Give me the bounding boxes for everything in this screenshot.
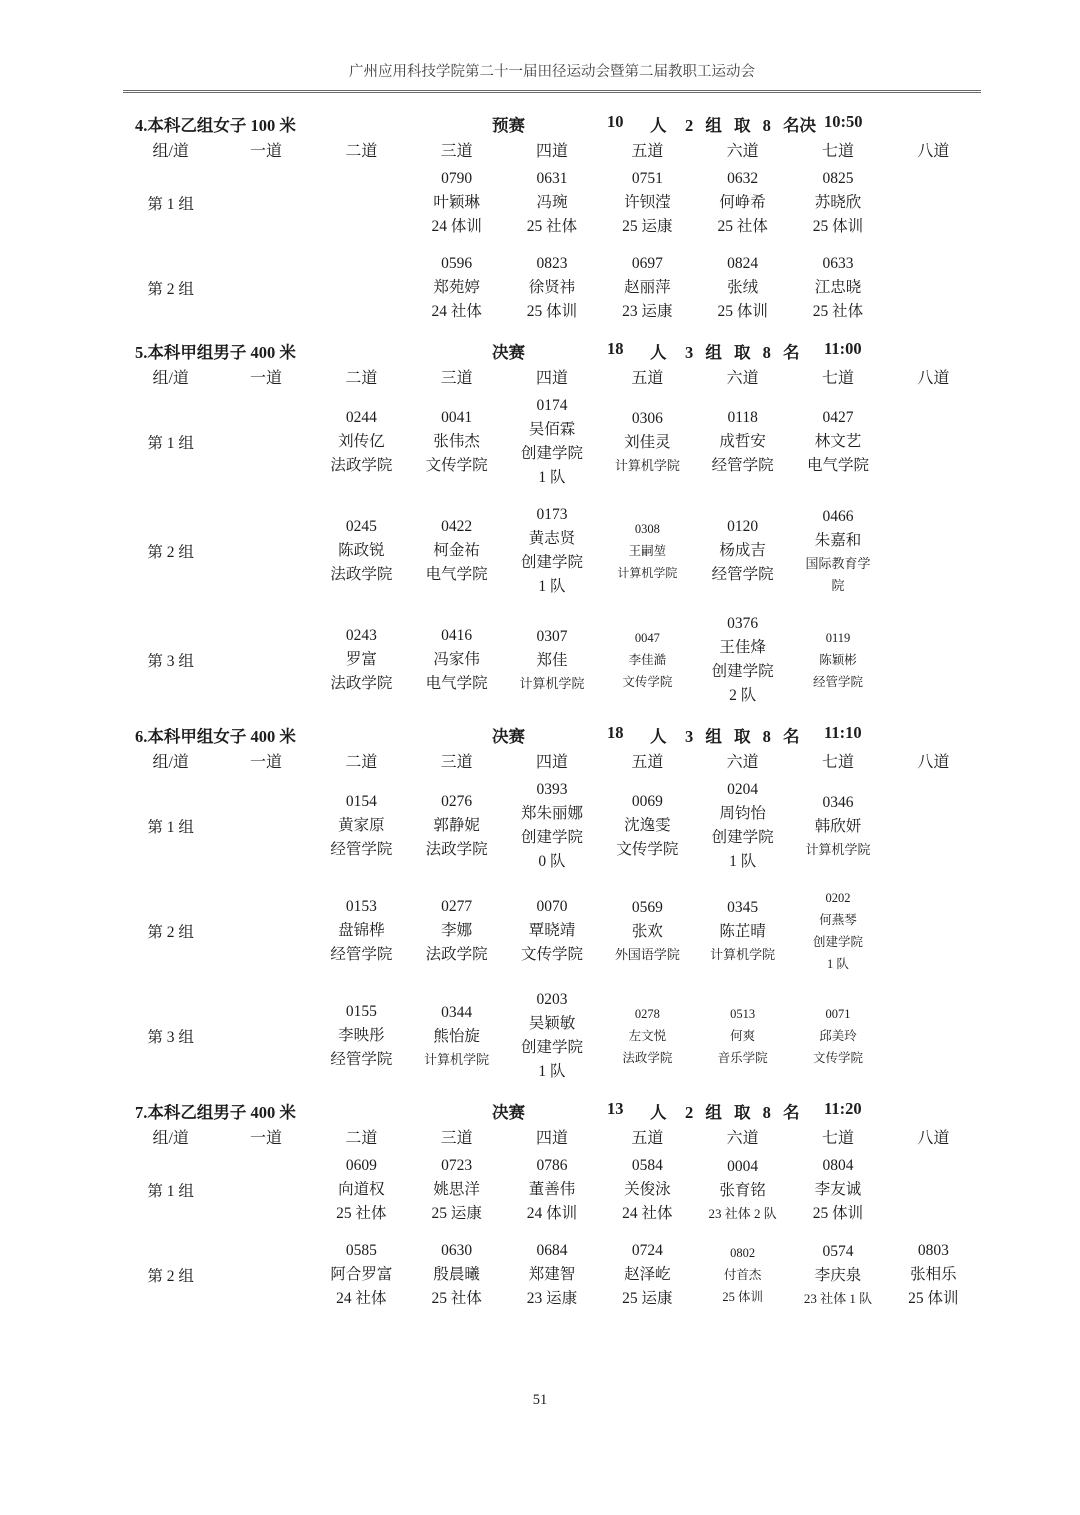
bib-number: 0277 bbox=[441, 895, 472, 919]
lane-cell: 0118成哲安经管学院 bbox=[695, 406, 790, 478]
athlete-name: 陈政锐 bbox=[338, 539, 385, 563]
lane-header: 一道 bbox=[218, 366, 313, 392]
bib-number: 0243 bbox=[346, 624, 377, 648]
event-title: 7.本科乙组男子 400 米 bbox=[135, 1099, 296, 1123]
team-name: 经管学院 bbox=[330, 943, 392, 967]
team-name: 24 社体 bbox=[431, 300, 481, 324]
athlete-name: 董善伟 bbox=[529, 1178, 576, 1202]
athlete-name: 许钡滢 bbox=[624, 191, 671, 215]
lane-header: 四道 bbox=[504, 366, 599, 392]
team-name: 24 体训 bbox=[527, 1202, 577, 1226]
lane-header: 八道 bbox=[886, 366, 981, 392]
lane-header: 四道 bbox=[504, 1126, 599, 1152]
lane-header-row: 组/道一道二道三道四道五道六道七道八道 bbox=[123, 1126, 981, 1152]
team-name: 创建学院 1 队 bbox=[521, 551, 583, 599]
lane-header: 七道 bbox=[790, 1126, 885, 1152]
bib-number: 0376 bbox=[727, 612, 758, 636]
event-entrant-unit: 人 bbox=[650, 1099, 667, 1123]
lane-cell: 0585阿合罗富24 社体 bbox=[314, 1239, 409, 1311]
team-name: 25 运康 bbox=[431, 1202, 481, 1226]
bib-number: 0071 bbox=[825, 1003, 850, 1025]
group-label: 第 1 组 bbox=[123, 431, 218, 453]
team-name: 25 运康 bbox=[622, 215, 672, 239]
athlete-name: 刘佳灵 bbox=[624, 431, 671, 455]
group-label: 第 2 组 bbox=[123, 540, 218, 562]
team-name: 24 社体 bbox=[336, 1287, 386, 1311]
athlete-name: 张相乐 bbox=[910, 1263, 957, 1287]
lane-cell: 0202何燕琴创建学院 1 队 bbox=[790, 887, 885, 975]
athlete-name: 郑苑婷 bbox=[433, 276, 480, 300]
bib-number: 0724 bbox=[632, 1239, 663, 1263]
athlete-name: 张伟杰 bbox=[433, 430, 480, 454]
event-round: 决赛 bbox=[492, 1099, 525, 1123]
athlete-name: 向道权 bbox=[338, 1178, 385, 1202]
team-name: 计算机学院 bbox=[710, 944, 775, 966]
athlete-name: 姚思洋 bbox=[433, 1178, 480, 1202]
lane-header: 六道 bbox=[695, 139, 790, 165]
team-name: 25 体训 bbox=[722, 1286, 763, 1308]
athlete-name: 郭静妮 bbox=[433, 814, 480, 838]
bib-number: 0345 bbox=[727, 896, 758, 920]
athlete-name: 关俊泳 bbox=[624, 1178, 671, 1202]
team-name: 电气学院 bbox=[426, 563, 488, 587]
lane-cell: 0803张相乐25 体训 bbox=[886, 1239, 981, 1311]
athlete-name: 林文艺 bbox=[815, 430, 862, 454]
lane-cell: 0825苏晓欣25 体训 bbox=[790, 167, 885, 239]
lane-cell: 0004张育铭23 社体 2 队 bbox=[695, 1155, 790, 1225]
group-row: 第 1 组0609向道权25 社体0723姚思洋25 运康0786董善伟24 体… bbox=[123, 1154, 981, 1226]
athlete-name: 黄家原 bbox=[338, 814, 385, 838]
bib-number: 0118 bbox=[727, 406, 757, 430]
athlete-name: 柯金祐 bbox=[433, 539, 480, 563]
team-name: 23 社体 1 队 bbox=[804, 1288, 872, 1310]
team-name: 法政学院 bbox=[426, 838, 488, 862]
bib-number: 0574 bbox=[822, 1240, 853, 1264]
bib-number: 0245 bbox=[346, 515, 377, 539]
lane-cell: 0276郭静妮法政学院 bbox=[409, 790, 504, 862]
bib-number: 0393 bbox=[536, 778, 567, 802]
athlete-name: 郑佳 bbox=[536, 649, 567, 673]
lane-header: 五道 bbox=[600, 1126, 695, 1152]
lane-header: 三道 bbox=[409, 750, 504, 776]
lane-cell: 0203吴颖敏创建学院 1 队 bbox=[504, 988, 599, 1084]
bib-number: 0513 bbox=[730, 1003, 755, 1025]
athlete-name: 刘传亿 bbox=[338, 430, 385, 454]
team-name: 经管学院 bbox=[712, 454, 774, 478]
team-name: 23 社体 2 队 bbox=[709, 1203, 777, 1225]
lane-header: 一道 bbox=[218, 1126, 313, 1152]
team-name: 文传学院 bbox=[616, 838, 678, 862]
lane-cell: 0723姚思洋25 运康 bbox=[409, 1154, 504, 1226]
team-name: 计算机学院 bbox=[617, 562, 677, 584]
athlete-name: 冯琬 bbox=[536, 191, 567, 215]
lane-cell: 0376王佳烽创建学院 2 队 bbox=[695, 612, 790, 708]
event-title: 6.本科甲组女子 400 米 bbox=[135, 723, 296, 747]
bib-number: 0416 bbox=[441, 624, 472, 648]
team-name: 文传学院 bbox=[622, 671, 672, 693]
lane-cell: 0346韩欣妍计算机学院 bbox=[790, 791, 885, 861]
group-label: 第 2 组 bbox=[123, 920, 218, 942]
lane-header: 四道 bbox=[504, 750, 599, 776]
athlete-name: 赵泽屹 bbox=[624, 1263, 671, 1287]
athlete-name: 覃晓靖 bbox=[529, 919, 576, 943]
bib-number: 0120 bbox=[727, 515, 758, 539]
athlete-name: 黄志贤 bbox=[529, 527, 576, 551]
bib-number: 0276 bbox=[441, 790, 472, 814]
lane-cell: 0786董善伟24 体训 bbox=[504, 1154, 599, 1226]
bib-number: 0427 bbox=[822, 406, 853, 430]
group-row: 第 1 组0790叶颖琳24 体训0631冯琬25 社体0751许钡滢25 运康… bbox=[123, 167, 981, 239]
team-name: 国际教育学 院 bbox=[805, 553, 870, 597]
athlete-name: 江忠晓 bbox=[815, 276, 862, 300]
group-label: 第 3 组 bbox=[123, 1025, 218, 1047]
bib-number: 0803 bbox=[918, 1239, 949, 1263]
team-name: 25 社体 bbox=[813, 300, 863, 324]
lane-header: 三道 bbox=[409, 139, 504, 165]
lane-cell: 0154黄家原经管学院 bbox=[314, 790, 409, 862]
lane-header-row: 组/道一道二道三道四道五道六道七道八道 bbox=[123, 366, 981, 392]
group-label: 第 1 组 bbox=[123, 1179, 218, 1201]
team-name: 25 社体 bbox=[336, 1202, 386, 1226]
lane-header: 二道 bbox=[314, 1126, 409, 1152]
athlete-name: 沈逸雯 bbox=[624, 814, 671, 838]
event-entrant-count: 13 bbox=[607, 1099, 624, 1119]
athlete-name: 殷晨曦 bbox=[433, 1263, 480, 1287]
bib-number: 0344 bbox=[441, 1001, 472, 1025]
lane-cell: 0513何爽音乐学院 bbox=[695, 1003, 790, 1069]
bib-number: 0202 bbox=[825, 887, 850, 909]
bib-number: 0632 bbox=[727, 167, 758, 191]
bib-number: 0244 bbox=[346, 406, 377, 430]
lane-cell: 0596郑苑婷24 社体 bbox=[409, 252, 504, 324]
lane-cell: 0633江忠晓25 社体 bbox=[790, 252, 885, 324]
bib-number: 0631 bbox=[536, 167, 567, 191]
athlete-name: 苏晓欣 bbox=[815, 191, 862, 215]
athlete-name: 何爽 bbox=[730, 1025, 755, 1047]
bib-number: 0154 bbox=[346, 790, 377, 814]
team-name: 经管学院 bbox=[712, 563, 774, 587]
athlete-name: 冯家伟 bbox=[433, 648, 480, 672]
team-name: 24 体训 bbox=[431, 215, 481, 239]
athlete-name: 郑建智 bbox=[529, 1263, 576, 1287]
lane-header: 七道 bbox=[790, 366, 885, 392]
lane-cell: 0724赵泽屹25 运康 bbox=[600, 1239, 695, 1311]
event-entrant-count: 18 bbox=[607, 339, 624, 359]
event-header-row: 5.本科甲组男子 400 米决赛18人3 组 取 8 名11:00 bbox=[123, 339, 981, 366]
lane-cell: 0630殷晨曦25 社体 bbox=[409, 1239, 504, 1311]
lane-header: 七道 bbox=[790, 139, 885, 165]
lane-cell: 0308王嗣堃计算机学院 bbox=[600, 518, 695, 584]
lane-cell: 0047李佳澔文传学院 bbox=[600, 627, 695, 693]
team-name: 外国语学院 bbox=[615, 944, 680, 966]
bib-number: 0630 bbox=[441, 1239, 472, 1263]
lane-header: 八道 bbox=[886, 1126, 981, 1152]
group-row: 第 3 组0243罗富法政学院0416冯家伟电气学院0307郑佳计算机学院004… bbox=[123, 612, 981, 708]
team-name: 计算机学院 bbox=[519, 673, 584, 695]
athlete-name: 郑朱丽娜 bbox=[521, 802, 583, 826]
document-header-title: 广州应用科技学院第二十一届田径运动会暨第二届教职工运动会 bbox=[123, 60, 981, 93]
bib-number: 0047 bbox=[635, 627, 660, 649]
lane-cell: 0790叶颖琳24 体训 bbox=[409, 167, 504, 239]
team-name: 经管学院 bbox=[813, 671, 863, 693]
athlete-name: 罗富 bbox=[346, 648, 377, 672]
group-row: 第 2 组0596郑苑婷24 社体0823徐贤祎25 体训0697赵丽萍23 运… bbox=[123, 252, 981, 324]
athlete-name: 成哲安 bbox=[719, 430, 766, 454]
team-name: 25 体训 bbox=[908, 1287, 958, 1311]
team-name: 经管学院 bbox=[330, 1048, 392, 1072]
lane-cell: 0153盘锦桦经管学院 bbox=[314, 895, 409, 967]
athlete-name: 何峥希 bbox=[719, 191, 766, 215]
lane-cell: 0069沈逸雯文传学院 bbox=[600, 790, 695, 862]
lane-cell: 0804李友诚25 体训 bbox=[790, 1154, 885, 1226]
athlete-name: 吴颖敏 bbox=[529, 1012, 576, 1036]
lane-cell: 0277李娜法政学院 bbox=[409, 895, 504, 967]
event-start-time: 11:00 bbox=[824, 339, 862, 359]
lane-cell: 0204周钧怡创建学院 1 队 bbox=[695, 778, 790, 874]
lane-cell: 0174吴佰霖创建学院 1 队 bbox=[504, 394, 599, 490]
event-advance-rule: 3 组 取 8 名 bbox=[685, 339, 800, 363]
lane-cell: 0632何峥希25 社体 bbox=[695, 167, 790, 239]
bib-number: 0804 bbox=[822, 1154, 853, 1178]
bib-number: 0155 bbox=[346, 1000, 377, 1024]
event-start-time: 11:20 bbox=[824, 1099, 862, 1119]
athlete-name: 李映彤 bbox=[338, 1024, 385, 1048]
event-start-time: 10:50 bbox=[824, 112, 863, 132]
lane-cell: 0071邱美玲文传学院 bbox=[790, 1003, 885, 1069]
lane-cell: 0041张伟杰文传学院 bbox=[409, 406, 504, 478]
event-sections: 4.本科乙组女子 100 米预赛10人2 组 取 8 名决10:50组/道一道二… bbox=[123, 112, 981, 1326]
bib-number: 0004 bbox=[727, 1155, 758, 1179]
lane-header: 三道 bbox=[409, 1126, 504, 1152]
event-entrant-count: 18 bbox=[607, 723, 624, 743]
athlete-name: 张欢 bbox=[632, 920, 663, 944]
lane-cell: 0245陈政锐法政学院 bbox=[314, 515, 409, 587]
event-title: 4.本科乙组女子 100 米 bbox=[135, 112, 296, 136]
lane-header: 八道 bbox=[886, 139, 981, 165]
lane-cell: 0684郑建智23 运康 bbox=[504, 1239, 599, 1311]
group-row: 第 1 组0244刘传亿法政学院0041张伟杰文传学院0174吴佰霖创建学院 1… bbox=[123, 394, 981, 490]
athlete-name: 朱嘉和 bbox=[815, 529, 862, 553]
event-entrant-unit: 人 bbox=[650, 339, 667, 363]
athlete-name: 李娜 bbox=[441, 919, 472, 943]
bib-number: 0306 bbox=[632, 407, 663, 431]
team-name: 计算机学院 bbox=[424, 1049, 489, 1071]
team-name: 25 社体 bbox=[527, 215, 577, 239]
athlete-name: 王嗣堃 bbox=[629, 540, 667, 562]
lane-cell: 0466朱嘉和国际教育学 院 bbox=[790, 505, 885, 597]
team-name: 音乐学院 bbox=[718, 1047, 768, 1069]
lane-cell: 0243罗富法政学院 bbox=[314, 624, 409, 696]
athlete-name: 周钧怡 bbox=[719, 802, 766, 826]
bib-number: 0307 bbox=[536, 625, 567, 649]
athlete-name: 左文悦 bbox=[629, 1025, 667, 1047]
team-name: 经管学院 bbox=[330, 838, 392, 862]
athlete-name: 何燕琴 bbox=[819, 909, 857, 931]
event-start-time: 11:10 bbox=[824, 723, 862, 743]
team-name: 法政学院 bbox=[622, 1047, 672, 1069]
event-advance-rule: 3 组 取 8 名 bbox=[685, 723, 800, 747]
bib-number: 0466 bbox=[822, 505, 853, 529]
lane-header: 六道 bbox=[695, 1126, 790, 1152]
lane-header: 二道 bbox=[314, 139, 409, 165]
bib-number: 0825 bbox=[822, 167, 853, 191]
lane-cell: 0306刘佳灵计算机学院 bbox=[600, 407, 695, 477]
team-name: 23 运康 bbox=[527, 1287, 577, 1311]
lane-cell: 0345陈芷晴计算机学院 bbox=[695, 896, 790, 966]
event-header-row: 7.本科乙组男子 400 米决赛13人2 组 取 8 名11:20 bbox=[123, 1099, 981, 1126]
athlete-name: 付首杰 bbox=[724, 1264, 762, 1286]
group-row: 第 2 组0245陈政锐法政学院0422柯金祐电气学院0173黄志贤创建学院 1… bbox=[123, 503, 981, 599]
event-section: 5.本科甲组男子 400 米决赛18人3 组 取 8 名11:00组/道一道二道… bbox=[123, 339, 981, 708]
lane-header: 二道 bbox=[314, 366, 409, 392]
team-name: 法政学院 bbox=[330, 672, 392, 696]
team-name: 25 运康 bbox=[622, 1287, 672, 1311]
lane-cell: 0155李映彤经管学院 bbox=[314, 1000, 409, 1072]
lane-header: 二道 bbox=[314, 750, 409, 776]
lane-header: 组/道 bbox=[123, 1126, 218, 1152]
group-label: 第 1 组 bbox=[123, 192, 218, 214]
group-row: 第 3 组0155李映彤经管学院0344熊怡旋计算机学院0203吴颖敏创建学院 … bbox=[123, 988, 981, 1084]
lane-cell: 0422柯金祐电气学院 bbox=[409, 515, 504, 587]
bib-number: 0173 bbox=[536, 503, 567, 527]
athlete-name: 熊怡旋 bbox=[433, 1025, 480, 1049]
event-section: 6.本科甲组女子 400 米决赛18人3 组 取 8 名11:10组/道一道二道… bbox=[123, 723, 981, 1084]
team-name: 计算机学院 bbox=[615, 455, 680, 477]
team-name: 25 体训 bbox=[527, 300, 577, 324]
lane-header: 组/道 bbox=[123, 750, 218, 776]
athlete-name: 韩欣妍 bbox=[815, 815, 862, 839]
event-header-row: 4.本科乙组女子 100 米预赛10人2 组 取 8 名决10:50 bbox=[123, 112, 981, 139]
team-name: 电气学院 bbox=[426, 672, 488, 696]
lane-header: 组/道 bbox=[123, 366, 218, 392]
bib-number: 0584 bbox=[632, 1154, 663, 1178]
team-name: 法政学院 bbox=[426, 943, 488, 967]
lane-cell: 0802付首杰25 体训 bbox=[695, 1242, 790, 1308]
lane-cell: 0631冯琬25 社体 bbox=[504, 167, 599, 239]
athlete-name: 盘锦桦 bbox=[338, 919, 385, 943]
bib-number: 0697 bbox=[632, 252, 663, 276]
team-name: 25 社体 bbox=[717, 215, 767, 239]
lane-header: 五道 bbox=[600, 139, 695, 165]
bib-number: 0153 bbox=[346, 895, 377, 919]
athlete-name: 徐贤祎 bbox=[529, 276, 576, 300]
event-header-row: 6.本科甲组女子 400 米决赛18人3 组 取 8 名11:10 bbox=[123, 723, 981, 750]
team-name: 文传学院 bbox=[813, 1047, 863, 1069]
bib-number: 0684 bbox=[536, 1239, 567, 1263]
lane-cell: 0173黄志贤创建学院 1 队 bbox=[504, 503, 599, 599]
team-name: 文传学院 bbox=[521, 943, 583, 967]
lane-cell: 0307郑佳计算机学院 bbox=[504, 625, 599, 695]
event-advance-rule: 2 组 取 8 名 bbox=[685, 1099, 800, 1123]
lane-header-row: 组/道一道二道三道四道五道六道七道八道 bbox=[123, 750, 981, 776]
event-entrant-unit: 人 bbox=[650, 112, 667, 136]
athlete-name: 陈芷晴 bbox=[719, 920, 766, 944]
event-entrant-unit: 人 bbox=[650, 723, 667, 747]
bib-number: 0041 bbox=[441, 406, 472, 430]
bib-number: 0633 bbox=[822, 252, 853, 276]
group-label: 第 2 组 bbox=[123, 277, 218, 299]
team-name: 法政学院 bbox=[330, 563, 392, 587]
athlete-name: 邱美玲 bbox=[819, 1025, 857, 1047]
page-number: 51 bbox=[0, 1392, 1080, 1409]
bib-number: 0824 bbox=[727, 252, 758, 276]
lane-cell: 0697赵丽萍23 运康 bbox=[600, 252, 695, 324]
bib-number: 0569 bbox=[632, 896, 663, 920]
athlete-name: 王佳烽 bbox=[719, 636, 766, 660]
bib-number: 0723 bbox=[441, 1154, 472, 1178]
lane-header: 五道 bbox=[600, 366, 695, 392]
lane-cell: 0823徐贤祎25 体训 bbox=[504, 252, 599, 324]
lane-cell: 0751许钡滢25 运康 bbox=[600, 167, 695, 239]
athlete-name: 叶颖琳 bbox=[433, 191, 480, 215]
athlete-name: 陈颖彬 bbox=[819, 649, 857, 671]
group-label: 第 3 组 bbox=[123, 649, 218, 671]
lane-header: 六道 bbox=[695, 366, 790, 392]
lane-cell: 0244刘传亿法政学院 bbox=[314, 406, 409, 478]
lane-cell: 0416冯家伟电气学院 bbox=[409, 624, 504, 696]
bib-number: 0308 bbox=[635, 518, 660, 540]
bib-number: 0786 bbox=[536, 1154, 567, 1178]
team-name: 25 体训 bbox=[813, 1202, 863, 1226]
lane-cell: 0824张绒25 体训 bbox=[695, 252, 790, 324]
bib-number: 0802 bbox=[730, 1242, 755, 1264]
team-name: 25 体训 bbox=[813, 215, 863, 239]
lane-cell: 0427林文艺电气学院 bbox=[790, 406, 885, 478]
team-name: 24 社体 bbox=[622, 1202, 672, 1226]
lane-cell: 0344熊怡旋计算机学院 bbox=[409, 1001, 504, 1071]
athlete-name: 杨成吉 bbox=[719, 539, 766, 563]
event-round: 决赛 bbox=[492, 339, 525, 363]
team-name: 文传学院 bbox=[426, 454, 488, 478]
team-name: 25 体训 bbox=[717, 300, 767, 324]
event-title: 5.本科甲组男子 400 米 bbox=[135, 339, 296, 363]
bib-number: 0174 bbox=[536, 394, 567, 418]
team-name: 计算机学院 bbox=[805, 839, 870, 861]
athlete-name: 赵丽萍 bbox=[624, 276, 671, 300]
athlete-name: 李友诚 bbox=[815, 1178, 862, 1202]
group-label: 第 2 组 bbox=[123, 1264, 218, 1286]
bib-number: 0070 bbox=[536, 895, 567, 919]
lane-cell: 0278左文悦法政学院 bbox=[600, 1003, 695, 1069]
lane-cell: 0574李庆泉23 社体 1 队 bbox=[790, 1240, 885, 1310]
team-name: 创建学院 1 队 bbox=[521, 442, 583, 490]
lane-header: 组/道 bbox=[123, 139, 218, 165]
bib-number: 0596 bbox=[441, 252, 472, 276]
athlete-name: 李庆泉 bbox=[815, 1264, 862, 1288]
bib-number: 0203 bbox=[536, 988, 567, 1012]
group-row: 第 2 组0585阿合罗富24 社体0630殷晨曦25 社体0684郑建智23 … bbox=[123, 1239, 981, 1311]
lane-header: 六道 bbox=[695, 750, 790, 776]
event-round: 预赛 bbox=[492, 112, 525, 136]
team-name: 创建学院 1 队 bbox=[712, 826, 774, 874]
athlete-name: 李佳澔 bbox=[629, 649, 667, 671]
team-name: 法政学院 bbox=[330, 454, 392, 478]
athlete-name: 张育铭 bbox=[719, 1179, 766, 1203]
event-entrant-count: 10 bbox=[607, 112, 624, 132]
lane-cell: 0393郑朱丽娜创建学院 0 队 bbox=[504, 778, 599, 874]
bib-number: 0119 bbox=[826, 627, 851, 649]
event-advance-rule: 2 组 取 8 名决 bbox=[685, 112, 816, 136]
lane-cell: 0569张欢外国语学院 bbox=[600, 896, 695, 966]
lane-header-row: 组/道一道二道三道四道五道六道七道八道 bbox=[123, 139, 981, 165]
lane-header: 七道 bbox=[790, 750, 885, 776]
bib-number: 0585 bbox=[346, 1239, 377, 1263]
team-name: 25 社体 bbox=[431, 1287, 481, 1311]
team-name: 创建学院 1 队 bbox=[813, 931, 863, 975]
bib-number: 0069 bbox=[632, 790, 663, 814]
bib-number: 0609 bbox=[346, 1154, 377, 1178]
team-name: 创建学院 0 队 bbox=[521, 826, 583, 874]
